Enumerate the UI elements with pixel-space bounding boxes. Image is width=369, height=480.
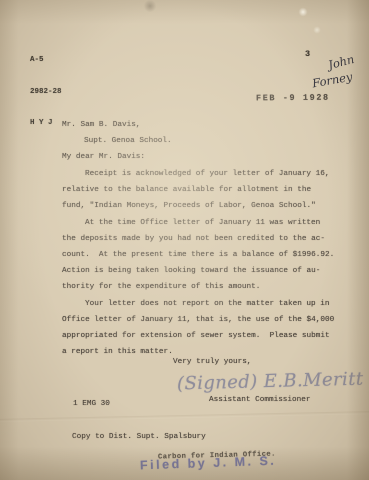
signature-stamp: (Signed) E.B.Meritt — [177, 369, 364, 395]
paper-crease — [0, 411, 369, 422]
letter-body-line: appropriated for extension of sewer syst… — [62, 332, 330, 340]
scanned-letter-page: A-5 2982-28 H Y J 3 John Forney FEB -9 1… — [0, 0, 369, 480]
letter-body-line: relative to the balance available for al… — [62, 186, 311, 194]
letter-body-line: Office letter of January 11, that is, th… — [62, 316, 334, 324]
reference-line-2: 2982-28 — [30, 87, 62, 98]
reference-block: A-5 2982-28 H Y J — [30, 34, 62, 150]
salutation: My dear Mr. Davis: — [62, 153, 145, 161]
complimentary-closing: Very truly yours, — [173, 358, 251, 366]
signer-title: Assistant Commissioner — [209, 396, 311, 404]
handwritten-annotation-line-2: Forney — [311, 70, 353, 91]
letter-body-line: At the time Office letter of January 11 … — [85, 219, 320, 227]
copy-notation: Copy to Dist. Supt. Spalsbury — [72, 433, 206, 441]
letter-body-line: Action is being taken looking toward the… — [62, 267, 320, 275]
letter-body-line: count. At the present time there is a ba… — [62, 251, 334, 259]
reference-line-1: A-5 — [30, 55, 62, 66]
letter-body-line: Receipt is acknowledged of your letter o… — [85, 170, 330, 178]
reference-line-3: H Y J — [30, 118, 62, 129]
letter-body-line: a report in this matter. — [62, 348, 173, 356]
reference-footer: 1 EMG 30 — [73, 400, 110, 408]
letter-body-line: Your letter does not report on the matte… — [85, 300, 330, 308]
handwritten-annotation-line-1: John — [327, 52, 356, 72]
date-received-stamp: FEB -9 1928 — [256, 93, 330, 104]
letter-body-line: thority for the expenditure of this amou… — [62, 283, 260, 291]
letter-body-line: fund, "Indian Moneys, Proceeds of Labor,… — [62, 202, 316, 210]
letter-body-line: the deposits made by you had not been cr… — [62, 235, 325, 243]
recipient-name: Mr. Sam B. Davis, — [62, 121, 140, 129]
recipient-title: Supt. Genoa School. — [84, 137, 172, 145]
page-number: 3 — [305, 49, 310, 59]
